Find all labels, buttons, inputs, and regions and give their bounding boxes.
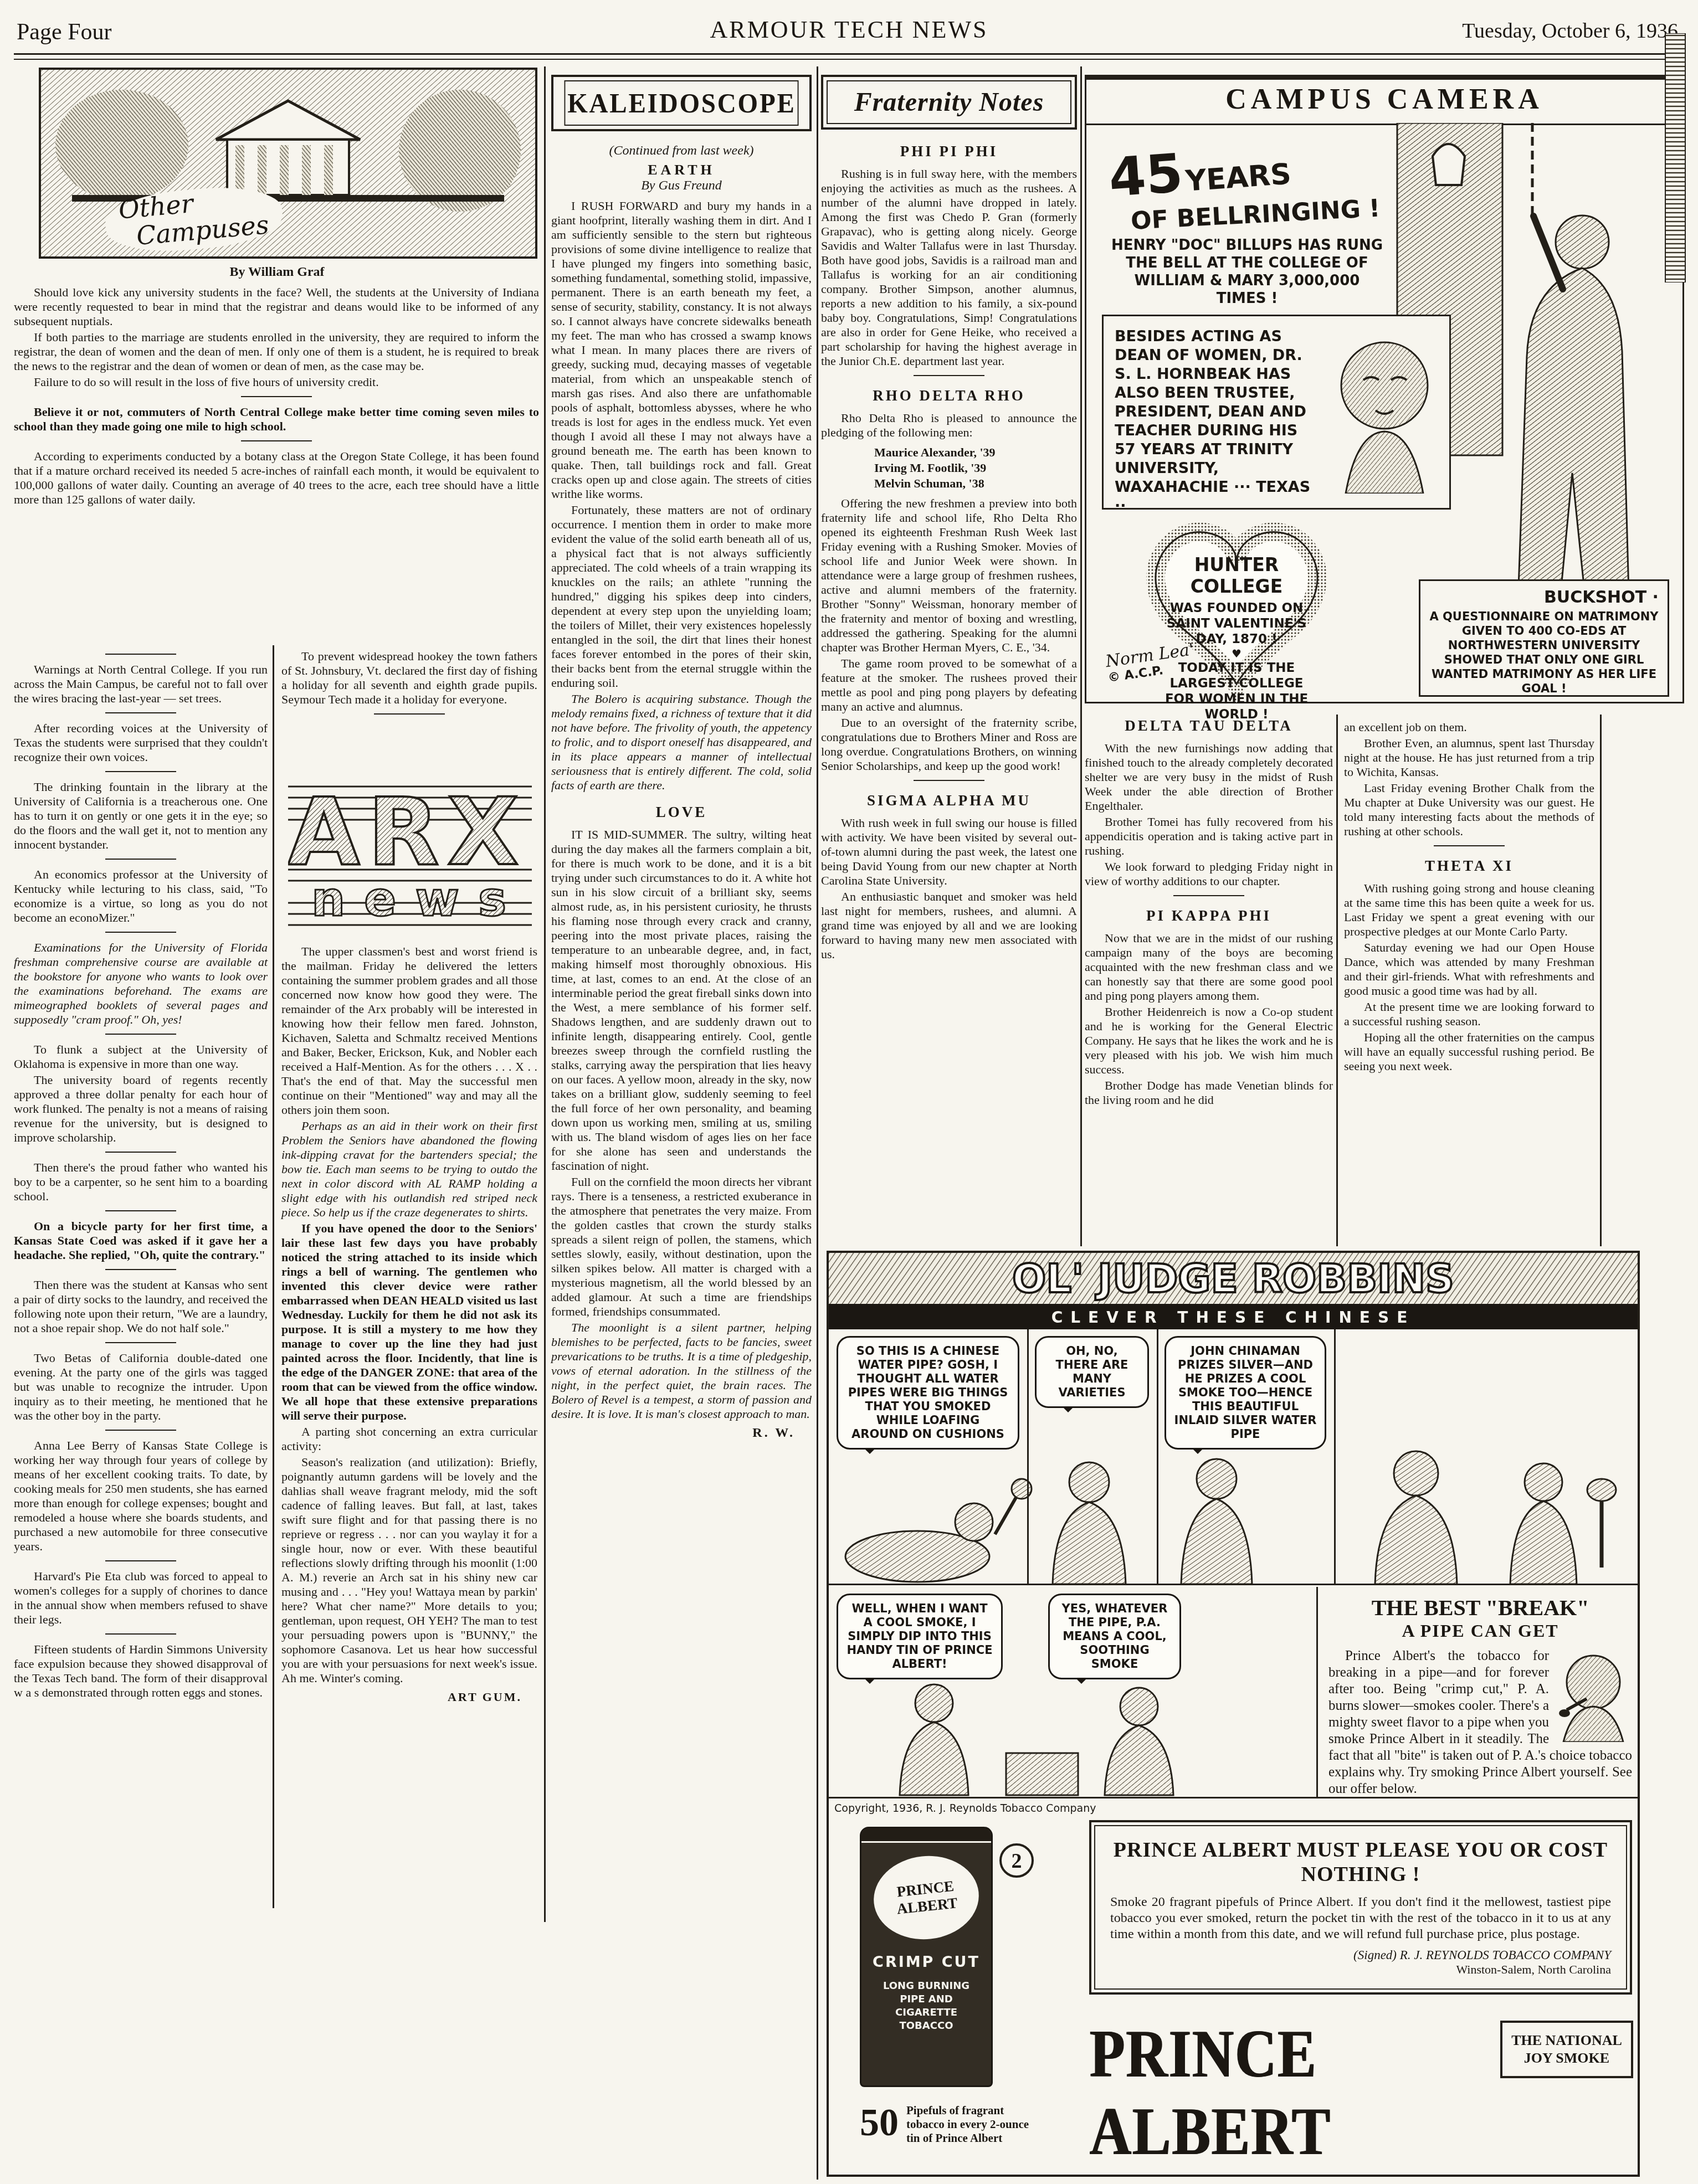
paragraph: The game room proved to be somewhat of a…	[821, 656, 1077, 714]
bell-years-word: YEARS	[1184, 158, 1292, 198]
dean-of-women-panel: BESIDES ACTING AS DEAN OF WOMEN, DR. S. …	[1102, 315, 1451, 510]
speech-bubble-3: JOHN CHINAMAN PRIZES SILVER—AND HE PRIZE…	[1165, 1336, 1326, 1450]
tin-lid	[861, 1828, 991, 1843]
paragraph: Maurice Alexander, '39	[821, 445, 1077, 460]
tin-brand-oval: PRINCE ALBERT	[870, 1851, 983, 1944]
paragraph: An economics professor at the University…	[14, 867, 268, 925]
speech-bubble-1: SO THIS IS A CHINESE WATER PIPE? GOSH, I…	[837, 1336, 1019, 1450]
fifty-number: 50	[860, 2104, 899, 2142]
paragraph: The drinking fountain in the library at …	[14, 780, 268, 852]
bellringing-caption-block: 45 YEARS OF BELLRINGING ! HENRY "DOC" BI…	[1109, 137, 1386, 307]
panel-divider	[1334, 1329, 1336, 1584]
column-rule-1	[544, 66, 546, 1922]
paragraph: Full on the cornfield the moon directs h…	[551, 1175, 812, 1319]
delta-tau-delta-story: With the new furnishings now adding that…	[1085, 741, 1333, 888]
paragraph: Season's realization (and utilization): …	[281, 1455, 537, 1685]
guarantee-heading: PRINCE ALBERT MUST PLEASE YOU OR COST NO…	[1110, 1838, 1611, 1887]
paragraph: Brother Heidenreich is now a Co-op stude…	[1085, 1005, 1333, 1077]
arx-logo-art: ARX news	[288, 767, 532, 936]
paragraph: If both parties to the marriage are stud…	[14, 330, 539, 373]
paragraph: Offering the new freshmen a preview into…	[821, 496, 1077, 655]
buckshot-caption: A QUESTIONNAIRE ON MATRIMONY GIVEN TO 40…	[1429, 609, 1659, 696]
paragraph: The Bolero is acquiring substance. Thoug…	[551, 692, 812, 793]
masthead: ARMOUR TECH NEWS	[0, 16, 1698, 44]
paragraph: Melvin Schuman, '38	[821, 476, 1077, 491]
paragraph-separator	[241, 440, 312, 441]
sigma-alpha-mu-heading: SIGMA ALPHA MU	[821, 792, 1077, 809]
paragraph-separator	[105, 859, 176, 860]
panel-divider	[1027, 1329, 1029, 1584]
paragraph: Anna Lee Berry of Kansas State College i…	[14, 1438, 268, 1554]
guarantee-address: Winston-Salem, North Carolina	[1110, 1962, 1611, 1977]
paragraph-separator	[105, 1152, 176, 1153]
other-campuses-column-2-top: To prevent widespread hookey the town fa…	[281, 649, 537, 722]
best-break-heading-1: THE BEST "BREAK"	[1328, 1595, 1632, 1621]
subcolumn-rule-right	[1336, 715, 1338, 1246]
paragraph: IT IS MID-SUMMER. The sultry, wilting he…	[551, 828, 812, 1173]
kaleidoscope-love-story: IT IS MID-SUMMER. The sultry, wilting he…	[551, 828, 812, 1421]
phi-pi-phi-story: Rushing is in full sway here, with the m…	[821, 167, 1077, 368]
section-separator	[1173, 895, 1244, 896]
paragraph: According to experiments conducted by a …	[14, 449, 539, 507]
paragraph: Fortunately, these matters are not of or…	[551, 503, 812, 690]
paragraph: Then there was the student at Kansas who…	[14, 1278, 268, 1335]
paragraph: Brother Even, an alumnus, spent last Thu…	[1344, 736, 1594, 779]
paragraph: The upper classmen's best and worst frie…	[281, 944, 537, 1117]
rho-delta-rho-pledge-list: Maurice Alexander, '39Irving M. Footlik,…	[821, 445, 1077, 491]
fraternity-notes-title: Fraternity Notes	[827, 80, 1071, 124]
phi-pi-phi-heading: PHI PI PHI	[821, 143, 1077, 160]
paragraph-separator	[105, 1210, 176, 1211]
theta-xi-heading: THETA XI	[1344, 857, 1594, 875]
kaleidoscope-column: KALEIDOSCOPE (Continued from last week) …	[551, 75, 812, 1441]
other-campuses-illustration: Other Campuses	[39, 68, 537, 259]
paragraph: Should love kick any university students…	[14, 285, 539, 328]
rho-delta-rho-intro: Rho Delta Rho is pleased to announce the…	[821, 411, 1077, 440]
paragraph: Hoping all the other fraternities on the…	[1344, 1030, 1594, 1073]
speech-bubble-4: WELL, WHEN I WANT A COOL SMOKE, I SIMPLY…	[837, 1594, 1003, 1679]
right-margin-rule	[1600, 715, 1602, 1246]
bell-years-number: 45	[1107, 142, 1185, 209]
paragraph: an excellent job on them.	[1344, 720, 1594, 734]
kaleidoscope-continued-line: (Continued from last week)	[551, 143, 812, 158]
paragraph: The university board of regents recently…	[14, 1073, 268, 1145]
theta-xi-story: With rushing going strong and house clea…	[1344, 881, 1594, 1073]
paragraph-separator	[241, 396, 312, 397]
rho-delta-rho-story: Offering the new freshmen a preview into…	[821, 496, 1077, 773]
tin-crimp-cut: CRIMP CUT	[861, 1954, 991, 1971]
paragraph-separator	[105, 1633, 176, 1635]
national-joy-smoke-box: THE NATIONAL JOY SMOKE	[1500, 2021, 1633, 2078]
paragraph: Brother Tomei has fully recovered from h…	[1085, 815, 1333, 858]
paragraph: Last Friday evening Brother Chalk from t…	[1344, 781, 1594, 839]
pi-kappa-phi-story: Now that we are in the midst of our rush…	[1085, 931, 1333, 1107]
hunter-line1: WAS FOUNDED ON SAINT VALENTINE'S DAY, 18…	[1156, 600, 1317, 647]
judge-robbins-comic-ad: OL' JUDGE ROBBINS CLEVER THESE CHINESE	[827, 1251, 1640, 2177]
comic-row-3: Copyright, 1936, R. J. Reynolds Tobacco …	[829, 1800, 1638, 2179]
paragraph: With rush week in full swing our house i…	[821, 816, 1077, 888]
paragraph: At the present time we are looking forwa…	[1344, 1000, 1594, 1029]
hunter-college-name: HUNTER COLLEGE	[1156, 554, 1317, 597]
buckshot-heading: BUCKSHOT ·	[1429, 588, 1659, 607]
kaleidoscope-love-heading: LOVE	[551, 804, 812, 821]
pi-kappa-phi-heading: PI KAPPA PHI	[1085, 907, 1333, 924]
bell-rope-illustration	[1660, 33, 1692, 282]
paragraph: Fifteen students of Hardin Simmons Unive…	[14, 1642, 268, 1700]
arx-sub-word: news	[311, 872, 525, 927]
tin-ounce-badge: 2	[999, 1843, 1034, 1878]
paragraph: Then there's the proud father who wanted…	[14, 1160, 268, 1204]
paragraph: Two Betas of California double-dated one…	[14, 1351, 268, 1423]
comic-title: OL' JUDGE ROBBINS	[829, 1255, 1638, 1302]
other-campuses-intro: Should love kick any university students…	[14, 285, 539, 508]
kaleidoscope-article-title: EARTH	[551, 162, 812, 178]
hornbeak-portrait	[1329, 327, 1438, 494]
paragraph-separator	[105, 932, 176, 933]
paragraph-separator	[105, 712, 176, 713]
paragraph-separator	[105, 1430, 176, 1431]
section-separator	[914, 780, 984, 781]
paragraph: On a bicycle party for her first time, a…	[14, 1219, 268, 1262]
paragraph: Harvard's Pie Eta club was forced to app…	[14, 1569, 268, 1627]
comic-copyright: Copyright, 1936, R. J. Reynolds Tobacco …	[834, 1802, 1096, 1815]
buckshot-panel: BUCKSHOT · A QUESTIONNAIRE ON MATRIMONY …	[1419, 579, 1669, 697]
column-rule-3	[1080, 66, 1082, 1246]
fifty-pipefuls-note: 50 Pipefuls of fragrant tobacco in every…	[860, 2104, 1059, 2145]
tin-description: LONG BURNING PIPE AND CIGARETTE TOBACCO	[869, 1980, 983, 2033]
comic-row1-art	[829, 1429, 1638, 1584]
kaleidoscope-signature: R. W.	[551, 1426, 812, 1441]
fraternity-notes-title-box: Fraternity Notes	[821, 75, 1077, 130]
house-notes-right-column: an excellent job on them.Brother Even, a…	[1344, 720, 1594, 1075]
fifty-caption: Pipefuls of fragrant tobacco in every 2-…	[906, 2104, 1039, 2145]
arx-news-logo: ARX news	[288, 767, 532, 936]
paragraph: Now that we are in the midst of our rush…	[1085, 931, 1333, 1003]
paragraph: Believe it or not, commuters of North Ce…	[14, 405, 539, 434]
pipe-smoker-portrait	[1555, 1648, 1632, 1742]
paragraph-separator	[105, 1034, 176, 1035]
paragraph: Irving M. Footlik, '39	[821, 461, 1077, 475]
comic-title-banner: OL' JUDGE ROBBINS	[829, 1253, 1638, 1304]
paragraph: An enthusiastic banquet and smoker was h…	[821, 890, 1077, 962]
arx-word: ARX	[288, 778, 526, 886]
paragraph: After recording voices at the University…	[14, 721, 268, 764]
paragraph-separator	[105, 1342, 176, 1343]
paragraph: ART GUM.	[281, 1690, 537, 1704]
paragraph-separator	[105, 654, 176, 655]
paragraph: Perhaps as an aid in their work on their…	[281, 1119, 537, 1220]
comic-row-2: WELL, WHEN I WANT A COOL SMOKE, I SIMPLY…	[829, 1587, 1638, 1798]
paragraph-separator	[105, 771, 176, 772]
rho-delta-rho-heading: RHO DELTA RHO	[821, 387, 1077, 404]
paragraph: To prevent widespread hookey the town fa…	[281, 649, 537, 707]
guarantee-box: PRINCE ALBERT MUST PLEASE YOU OR COST NO…	[1089, 1820, 1632, 1995]
comic-row-1: SO THIS IS A CHINESE WATER PIPE? GOSH, I…	[829, 1329, 1638, 1585]
paragraph: Rushing is in full sway here, with the m…	[821, 167, 1077, 368]
prince-albert-logotype: PRINCE ALBERT	[1089, 2015, 1494, 2171]
campus-camera-panel: CAMPUS CAMERA 45 YEARS OF BELLRINGING ! …	[1085, 75, 1684, 703]
other-campuses-column-2: The upper classmen's best and worst frie…	[281, 944, 537, 1706]
comic-row2-art	[829, 1670, 1305, 1797]
paragraph: A parting shot concerning an extra curri…	[281, 1425, 537, 1453]
paragraph: The moonlight is a silent partner, helpi…	[551, 1320, 812, 1421]
paragraph: Due to an oversight of the fraternity sc…	[821, 716, 1077, 773]
heart-text: HUNTER COLLEGE WAS FOUNDED ON SAINT VALE…	[1156, 554, 1317, 722]
header-rule-top	[14, 53, 1684, 55]
paragraph: With rushing going strong and house clea…	[1344, 881, 1594, 939]
paragraph: To flunk a subject at the University of …	[14, 1042, 268, 1071]
paragraph: With the new furnishings now adding that…	[1085, 741, 1333, 813]
kaleidoscope-earth-story: I RUSH FORWARD and bury my hands in a gi…	[551, 199, 812, 793]
best-break-section: THE BEST "BREAK" A PIPE CAN GET Prince A…	[1328, 1595, 1632, 1797]
dean-caption: BESIDES ACTING AS DEAN OF WOMEN, DR. S. …	[1115, 327, 1321, 497]
guarantee-body: Smoke 20 fragrant pipefuls of Prince Alb…	[1110, 1894, 1611, 1943]
section-separator	[914, 375, 984, 376]
house-notes-left-column: DELTA TAU DELTA With the new furnishings…	[1085, 717, 1333, 1109]
bellringing-caption: HENRY "DOC" BILLUPS HAS RUNG THE BELL AT…	[1109, 237, 1386, 307]
other-campuses-byline: By William Graf	[14, 265, 540, 280]
paragraph: Examinations for the University of Flori…	[14, 941, 268, 1027]
paragraph-separator	[105, 1560, 176, 1561]
kaleidoscope-title-box: KALEIDOSCOPE	[551, 75, 812, 131]
paragraph: Rho Delta Rho is pleased to announce the…	[821, 411, 1077, 440]
speech-bubble-5: YES, WHATEVER THE PIPE, P.A. MEANS A COO…	[1048, 1594, 1181, 1679]
campus-camera-title: CAMPUS CAMERA	[1086, 76, 1682, 125]
best-break-heading-2: A PIPE CAN GET	[1328, 1621, 1632, 1641]
paragraph: Brother Dodge has made Venetian blinds f…	[1085, 1078, 1333, 1107]
kaleidoscope-byline: By Gus Freund	[551, 178, 812, 193]
panel-divider	[1157, 1329, 1158, 1584]
guarantee-signed: (Signed) R. J. REYNOLDS TOBACCO COMPANY	[1110, 1948, 1611, 1962]
paragraph: Warnings at North Central College. If yo…	[14, 662, 268, 706]
paragraph-separator	[105, 1269, 176, 1270]
paragraph: We look forward to pledging Friday night…	[1085, 860, 1333, 888]
panel-divider	[1316, 1587, 1318, 1797]
paragraph-separator	[1434, 845, 1505, 846]
fraternity-notes-column: Fraternity Notes PHI PI PHI Rushing is i…	[821, 75, 1077, 963]
header-rule-bottom	[14, 59, 1684, 60]
speech-bubble-2: OH, NO, THERE ARE MANY VARIETIES	[1035, 1336, 1149, 1408]
prince-albert-tin: PRINCE ALBERT CRIMP CUT LONG BURNING PIP…	[860, 1827, 993, 2087]
paragraph: If you have opened the door to the Senio…	[281, 1221, 537, 1423]
column-rule-2	[817, 66, 818, 2180]
sigma-alpha-mu-story: With rush week in full swing our house i…	[821, 816, 1077, 962]
paragraph: Saturday evening we had our Open House D…	[1344, 941, 1594, 998]
kaleidoscope-title: KALEIDOSCOPE	[565, 80, 799, 126]
subcolumn-rule-left	[273, 645, 274, 1908]
other-campuses-column-1: Warnings at North Central College. If yo…	[14, 647, 268, 1702]
paragraph-separator	[374, 713, 445, 715]
paragraph: Failure to do so will result in the loss…	[14, 375, 539, 389]
date-line: Tuesday, October 6, 1936	[1462, 19, 1678, 43]
comic-subtitle-band: CLEVER THESE CHINESE	[829, 1304, 1638, 1329]
pi-kappa-phi-continuation: an excellent job on them.Brother Even, a…	[1344, 720, 1594, 846]
paragraph: I RUSH FORWARD and bury my hands in a gi…	[551, 199, 812, 501]
